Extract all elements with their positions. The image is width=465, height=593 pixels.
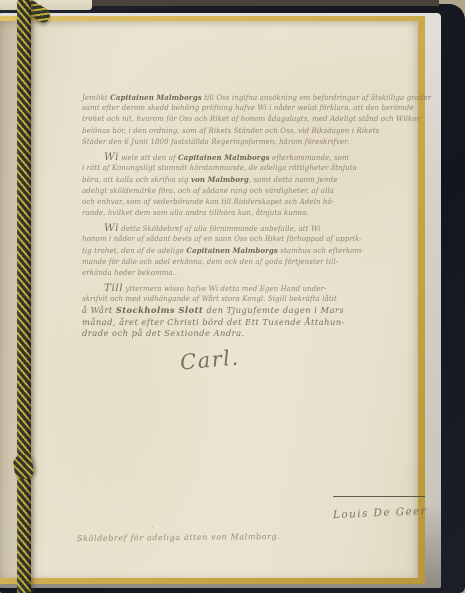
photographed-document: Jemlikt Capitainen Malmborgs till Oss in… bbox=[0, 0, 465, 593]
manuscript-line: månad, året efter Christi börd det Ett T… bbox=[82, 317, 382, 328]
counter-signature: Louis De Geer bbox=[333, 505, 433, 521]
pencil-rule-line bbox=[333, 496, 425, 497]
manuscript-line: Till yttermera wisso hafve Wi detta med … bbox=[82, 283, 382, 294]
manuscript-line: Jemlikt Capitainen Malmborgs till Oss in… bbox=[82, 92, 382, 103]
manuscript-line: adeligt sköldemärke föra, och af sådane … bbox=[82, 186, 382, 197]
manuscript-line: drade och på det Sextionde Andra. bbox=[82, 328, 382, 339]
caption-mark: · bbox=[151, 524, 153, 532]
manuscript-line: honom i nåder af sådant bevis af en sann… bbox=[82, 234, 382, 245]
manuscript-line: skrifvit och med vidhängande af Wårt sto… bbox=[82, 294, 382, 305]
countersignature-block: Louis De Geer bbox=[333, 496, 433, 519]
background-shadow bbox=[92, 0, 439, 6]
manuscript-paragraph: Till yttermera wisso hafve Wi detta med … bbox=[82, 283, 382, 339]
manuscript-line: erkända heder bekomma. bbox=[82, 268, 382, 279]
manuscript-line: Städer den 6 Junii 1809 fastställda Rege… bbox=[82, 137, 382, 148]
manuscript-line: Wi wele att den af Capitainen Malmborgs … bbox=[82, 152, 382, 163]
manuscript-paragraph: Jemlikt Capitainen Malmborgs till Oss in… bbox=[82, 92, 382, 148]
manuscript-paragraph: Wi detta Sköldebref af alla förnimmande … bbox=[82, 223, 382, 279]
manuscript-line: samt efter derom skedd behörig pröfning … bbox=[82, 103, 382, 114]
manuscript-line: mande för ädle och adel erkänna, dem ock… bbox=[82, 257, 382, 268]
manuscript-line: trohet och nit, hvarom för Oss och Riket… bbox=[82, 114, 382, 125]
manuscript-line: belönas bör, i den ordning, som af Riket… bbox=[82, 126, 382, 137]
manuscript-line: tig trohet, den af de adelige Capitainen… bbox=[82, 245, 382, 256]
manuscript-line: och enhvar, som af vederbörande kan till… bbox=[82, 197, 382, 208]
manuscript-line: rande, hvilket dem som alla andra tillhö… bbox=[82, 208, 382, 219]
manuscript-line: böra, att kalla och skrifva sig von Malm… bbox=[82, 174, 382, 185]
manuscript-line: i rätt af Konungsligt stamnät härstamman… bbox=[82, 163, 382, 174]
manuscript-line: å Wårt Stockholms Slott den Tjugufemte d… bbox=[82, 305, 382, 316]
manuscript-line: Wi detta Sköldebref af alla förnimmande … bbox=[82, 223, 382, 234]
body-text: Jemlikt Capitainen Malmborgs till Oss in… bbox=[82, 92, 382, 343]
manuscript-paragraph: Wi wele att den af Capitainen Malmborgs … bbox=[82, 152, 382, 219]
binding-cord bbox=[17, 0, 31, 593]
